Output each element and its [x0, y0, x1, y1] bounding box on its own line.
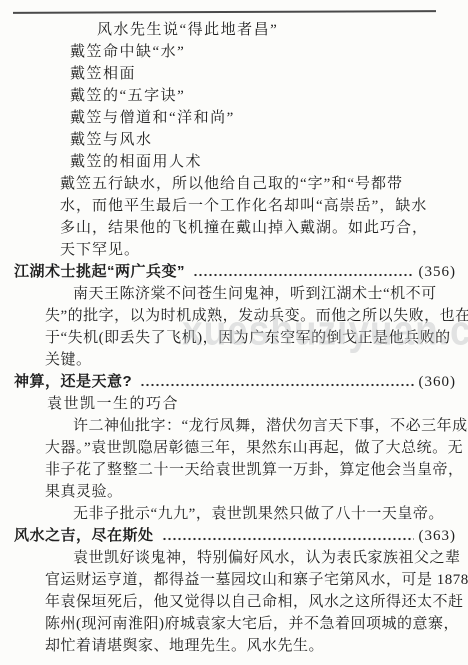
toc-item[interactable]: 戴笠的相面用人术	[70, 151, 456, 173]
toc-para-block: 袁世凯好谈鬼神，特别偏好风水，认为表氏家族祖父之辈官运财运亨道，都得益一墓园坟山…	[45, 547, 456, 657]
dot-leader-line	[162, 525, 414, 547]
text-line: 多山，结果他的飞机撞在戴山掉入戴湖。如此巧合，	[60, 217, 412, 239]
toc-content: 风水先生说“得此地者昌”戴笠命中缺“水”戴笠相面戴笠的“五字诀”戴笠与僧道和“洋…	[14, 19, 456, 657]
text-line: 非子花了整整二十一天给袁世凯算一万卦，算定他会当皇帝，	[45, 459, 456, 481]
toc-item[interactable]: 戴笠命中缺“水”	[70, 41, 456, 63]
toc-para-block: 许二神仙批字：“龙行凤舞，潜伏勿言天下事，不必三年成大器。”袁世凯隐居彰德三年，…	[45, 415, 456, 503]
toc-item[interactable]: 风水先生说“得此地者昌”	[97, 19, 456, 41]
text-line: 无非子批示“九九”，袁世凯果然只做了八十一天皇帝。	[45, 503, 456, 525]
chapter-page-number: (356)	[419, 261, 457, 283]
text-line: 却忙着请堪舆家、地理先生。风水先生。	[45, 635, 456, 657]
dot-leader-line	[193, 261, 413, 283]
chapter-heading[interactable]: 江湖术士挑起“两广兵变”(356)	[14, 261, 456, 283]
text-line: 戴笠五行缺水，所以他给自己取的“字”和“号都带	[60, 173, 412, 195]
toc-summary-block: 戴笠五行缺水，所以他给自己取的“字”和“号都带水，而他平生最后一个工作化名却叫“…	[60, 173, 412, 261]
toc-item[interactable]: 袁世凯一生的巧合	[47, 393, 456, 415]
text-line: 关键。	[45, 349, 456, 371]
text-line: 果真灵验。	[45, 481, 456, 503]
chapter-heading[interactable]: 风水之吉，尽在斯处(363)	[14, 525, 456, 547]
chapter-page-number: (363)	[419, 525, 457, 547]
text-line: 失”的批字，以为时机成熟，发动兵变。而他之所以失败，也在	[45, 305, 456, 327]
text-line: 陈州(现河南淮阳)府城袁家大宅后，并不急着回项城的意寨，	[45, 613, 456, 635]
text-line: 水，而他平生最后一个工作化名却叫“高崇岳”，缺水	[60, 195, 412, 217]
text-line: 许二神仙批字：“龙行凤舞，潜伏勿言天下事，不必三年成	[45, 415, 456, 437]
chapter-page-number: (360)	[419, 371, 457, 393]
dot-leader-line	[140, 371, 413, 393]
chapter-title: 江湖术士挑起“两广兵变”	[14, 261, 185, 283]
text-line: 于“失机(即丢失了飞机)，因为广东空军的倒戈正是他兵败的	[45, 327, 456, 349]
chapter-title: 神算，还是天意?	[14, 371, 132, 393]
toc-item[interactable]: 戴笠与僧道和“洋和尚”	[70, 107, 456, 129]
book-page: 风水先生说“得此地者昌”戴笠命中缺“水”戴笠相面戴笠的“五字诀”戴笠与僧道和“洋…	[0, 0, 468, 665]
text-line: 袁世凯好谈鬼神，特别偏好风水，认为表氏家族祖父之辈	[45, 547, 456, 569]
text-line: 年袁保垣死后，他又觉得以自己命相，风水之这所得还太不赶	[45, 591, 456, 613]
text-line: 官运财运亨道，都得益一墓园坟山和寨子宅第风水，可是 1878	[45, 569, 456, 591]
toc-item[interactable]: 戴笠与风水	[70, 129, 456, 151]
toc-item[interactable]: 戴笠的“五字诀”	[70, 85, 456, 107]
toc-para-block: 无非子批示“九九”，袁世凯果然只做了八十一天皇帝。	[45, 503, 456, 525]
chapter-heading[interactable]: 神算，还是天意?(360)	[14, 371, 456, 393]
top-rule	[13, 10, 436, 13]
text-line: 大器。”袁世凯隐居彰德三年，果然东山再起，做了大总统。无	[45, 437, 456, 459]
text-line: 南天王陈济棠不问苍生问鬼神，听到江湖术士“机不可	[45, 283, 456, 305]
toc-para-block: 南天王陈济棠不问苍生问鬼神，听到江湖术士“机不可失”的批字，以为时机成熟，发动兵…	[45, 283, 456, 371]
text-line: 天下罕见。	[60, 239, 412, 261]
toc-item[interactable]: 戴笠相面	[70, 63, 456, 85]
chapter-title: 风水之吉，尽在斯处	[14, 525, 154, 547]
